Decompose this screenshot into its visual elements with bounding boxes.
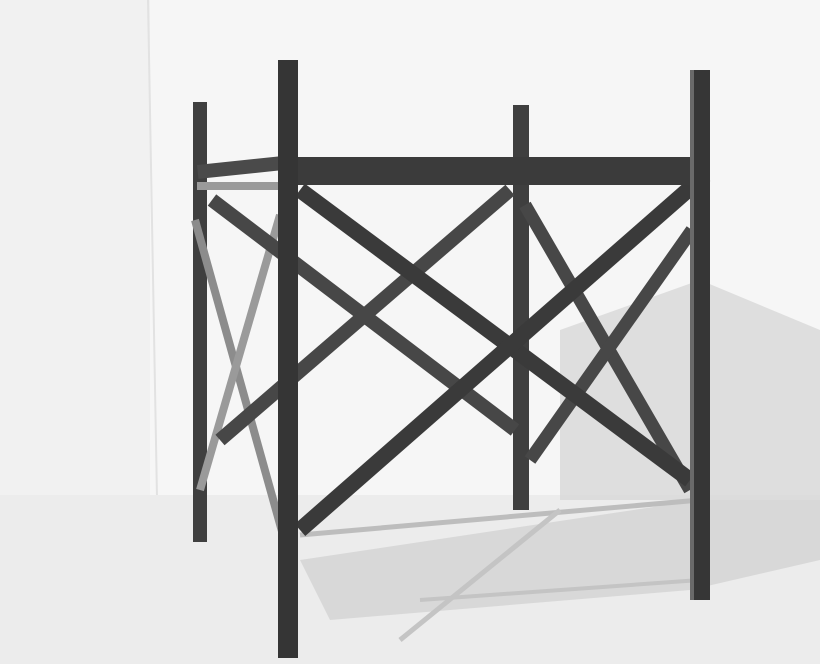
post-front-left: [278, 60, 298, 658]
scaffold-photo: [0, 0, 820, 664]
beam-left-lower: [197, 182, 287, 190]
top-beam: [285, 157, 710, 185]
post-front-right-highlight: [690, 70, 694, 600]
